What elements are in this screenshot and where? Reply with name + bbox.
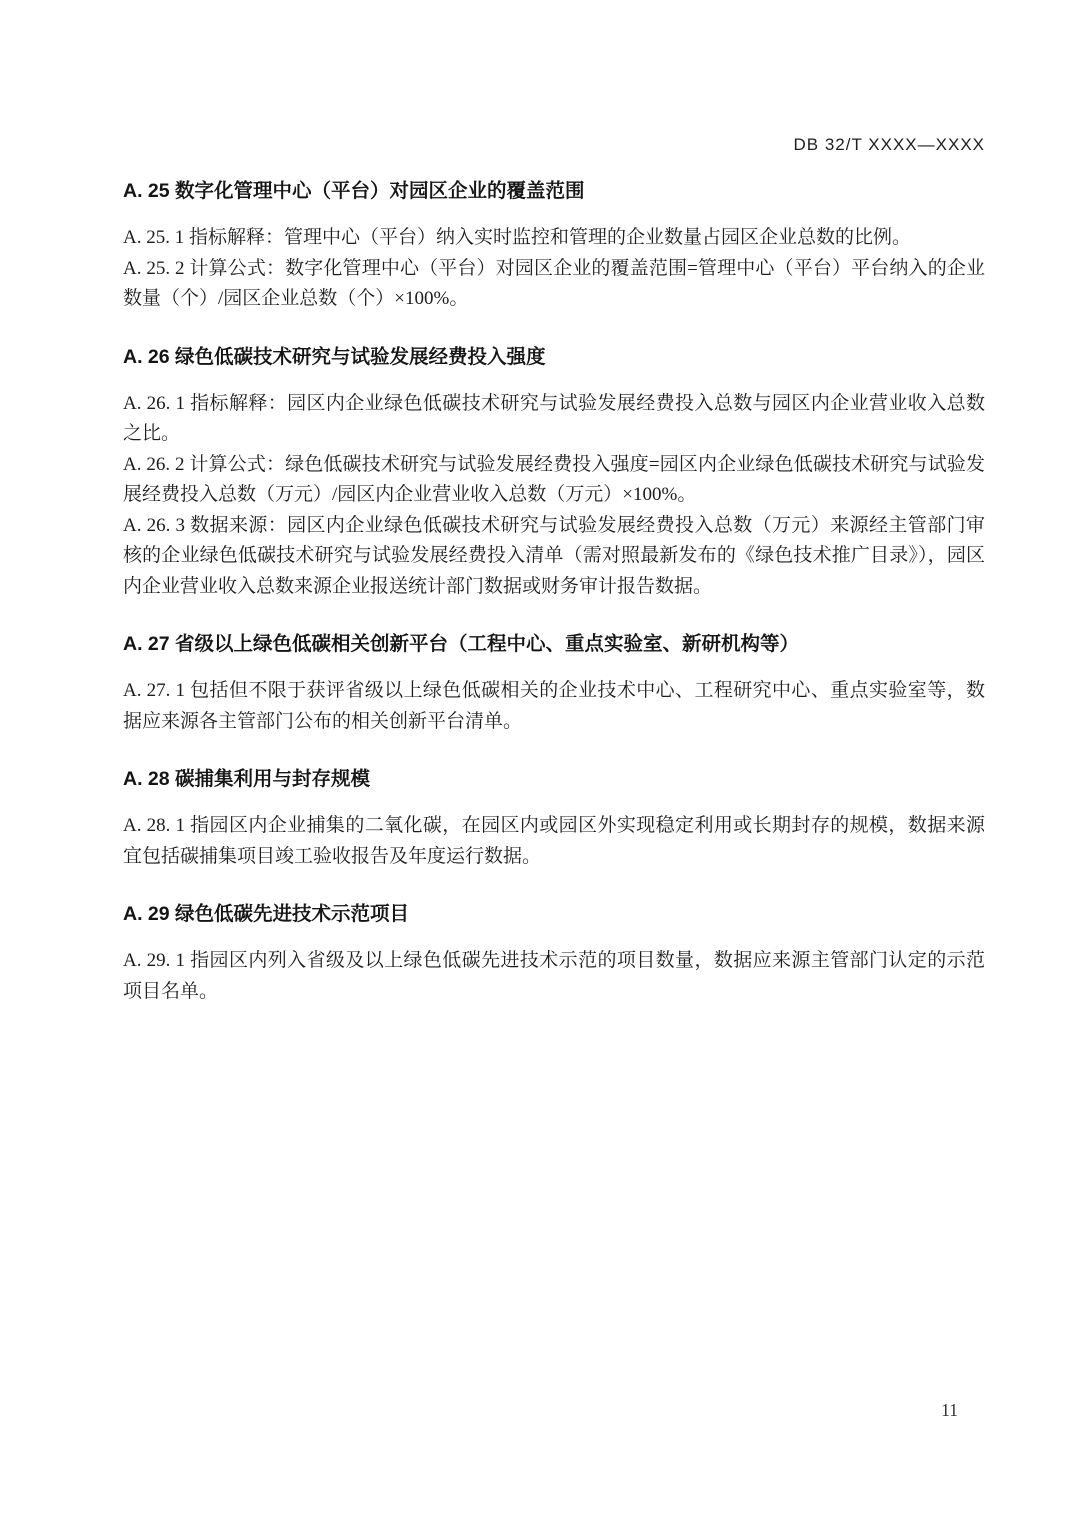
document-body: A. 25 数字化管理中心（平台）对园区企业的覆盖范围 A. 25. 1 指标解… bbox=[123, 178, 985, 1007]
paragraph: A. 26. 3 数据来源：园区内企业绿色低碳技术研究与试验发展经费投入总数（万… bbox=[123, 511, 985, 603]
page-number: 11 bbox=[941, 1400, 958, 1421]
standard-number: DB 32/T XXXX—XXXX bbox=[794, 135, 985, 154]
page-header: DB 32/T XXXX—XXXX bbox=[123, 135, 985, 155]
paragraph: A. 29. 1 指园区内列入省级及以上绿色低碳先进技术示范的项目数量，数据应来… bbox=[123, 946, 985, 1007]
paragraph: A. 26. 2 计算公式：绿色低碳技术研究与试验发展经费投入强度=园区内企业绿… bbox=[123, 450, 985, 511]
section-heading: A. 25 数字化管理中心（平台）对园区企业的覆盖范围 bbox=[123, 178, 985, 205]
paragraph: A. 25. 2 计算公式：数字化管理中心（平台）对园区企业的覆盖范围=管理中心… bbox=[123, 254, 985, 315]
paragraph: A. 28. 1 指园区内企业捕集的二氧化碳，在园区内或园区外实现稳定利用或长期… bbox=[123, 811, 985, 872]
paragraph: A. 27. 1 包括但不限于获评省级以上绿色低碳相关的企业技术中心、工程研究中… bbox=[123, 676, 985, 737]
section-a27: A. 27 省级以上绿色低碳相关创新平台（工程中心、重点实验室、新研机构等） A… bbox=[123, 631, 985, 737]
section-heading: A. 27 省级以上绿色低碳相关创新平台（工程中心、重点实验室、新研机构等） bbox=[123, 631, 985, 658]
section-a28: A. 28 碳捕集利用与封存规模 A. 28. 1 指园区内企业捕集的二氧化碳，… bbox=[123, 766, 985, 872]
paragraph: A. 25. 1 指标解释：管理中心（平台）纳入实时监控和管理的企业数量占园区企… bbox=[123, 223, 985, 254]
section-a29: A. 29 绿色低碳先进技术示范项目 A. 29. 1 指园区内列入省级及以上绿… bbox=[123, 901, 985, 1007]
section-heading: A. 28 碳捕集利用与封存规模 bbox=[123, 766, 985, 793]
section-a25: A. 25 数字化管理中心（平台）对园区企业的覆盖范围 A. 25. 1 指标解… bbox=[123, 178, 985, 315]
section-heading: A. 26 绿色低碳技术研究与试验发展经费投入强度 bbox=[123, 344, 985, 371]
paragraph: A. 26. 1 指标解释：园区内企业绿色低碳技术研究与试验发展经费投入总数与园… bbox=[123, 389, 985, 450]
document-page: DB 32/T XXXX—XXXX A. 25 数字化管理中心（平台）对园区企业… bbox=[0, 0, 1080, 1528]
section-a26: A. 26 绿色低碳技术研究与试验发展经费投入强度 A. 26. 1 指标解释：… bbox=[123, 344, 985, 603]
section-heading: A. 29 绿色低碳先进技术示范项目 bbox=[123, 901, 985, 928]
